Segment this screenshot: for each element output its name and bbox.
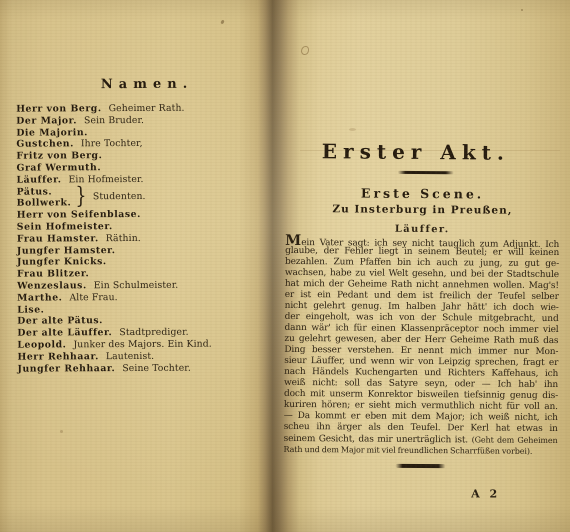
character-name: Graf Wermuth. — [16, 162, 101, 174]
character-name: Frau Hamster. — [17, 233, 99, 245]
character-role: Ein Schulmeister. — [94, 280, 179, 292]
act-heading: Erster Akt. — [286, 139, 546, 165]
character-name: Leopold. — [17, 339, 66, 351]
scene-location: Zu Insterburg in Preußen, — [285, 203, 559, 217]
character-name: Pätus. — [17, 186, 72, 198]
character-role: Seine Tochter. — [122, 362, 191, 374]
character-name: Herr von Seifenblase. — [17, 209, 141, 221]
character-name: Jungfer Hamster. — [17, 245, 116, 257]
character-name: Frau Blitzer. — [17, 268, 89, 280]
cast-row: Jungfer Rehhaar. Seine Tochter. — [18, 362, 266, 375]
character-name: Läuffer. — [17, 174, 62, 186]
character-name: Marthe. — [17, 292, 62, 304]
character-name: Sein Hofmeister. — [17, 221, 113, 233]
cast-list-top: Herr von Berg. Geheimer Rath. Der Major.… — [16, 102, 264, 186]
character-name: Der Major. — [16, 115, 77, 127]
character-name: Fritz von Berg. — [16, 150, 102, 162]
stage-direction-line: Rath und dem Major mit viel freundlichen… — [284, 444, 558, 457]
end-rule — [395, 464, 445, 468]
scene-heading: Erste Scene. — [286, 185, 560, 202]
character-name: Wenzeslaus. — [17, 280, 87, 292]
character-role: Lautenist. — [106, 351, 154, 363]
speaker-name: Läuffer. — [285, 223, 559, 236]
character-role: Ihre Tochter, — [81, 138, 143, 150]
left-page: Namen. Herr von Berg. Geheimer Rath. Der… — [0, 0, 269, 532]
body-text-lines: glaube, der Fehler liegt in seinem Beute… — [284, 246, 559, 435]
character-name: Bollwerk. — [17, 198, 72, 210]
students-group-names: Pätus. Bollwerk. — [17, 186, 72, 210]
book-photo: Namen. Herr von Berg. Geheimer Rath. Der… — [0, 0, 570, 532]
character-name: Gustchen. — [16, 139, 74, 151]
students-group-label: Studenten. — [93, 191, 146, 203]
stage-direction: (Geht dem Geheimen — [472, 435, 558, 445]
character-role: Sein Bruder. — [84, 115, 144, 127]
cast-list-bottom: Herr von Seifenblase. Sein Hofmeister. F… — [17, 208, 266, 374]
character-name: Jungfer Knicks. — [17, 257, 107, 269]
character-role: Geheimer Rath. — [109, 103, 185, 115]
character-name: Lise. — [17, 304, 44, 316]
character-name: Herr von Berg. — [16, 103, 102, 115]
brace-glyph: } — [75, 192, 86, 204]
ornament-rule — [398, 171, 454, 174]
character-role: Junker des Majors. Ein Kind. — [73, 339, 211, 352]
cast-heading: Namen. — [17, 76, 277, 92]
character-role: Stadtprediger. — [119, 327, 188, 339]
cast-list: Herr von Berg. Geheimer Rath. Der Major.… — [16, 102, 265, 375]
character-name: Der alte Pätus. — [17, 316, 103, 328]
character-name: Die Majorin. — [16, 127, 88, 139]
character-role: Räthin. — [106, 233, 141, 245]
right-page: Erster Akt. Erste Scene. Zu Insterburg i… — [283, 0, 561, 532]
students-group: Pätus. Bollwerk. } Studenten. — [17, 185, 265, 210]
character-name: Herr Rehhaar. — [17, 351, 98, 363]
character-role: Alte Frau. — [69, 292, 117, 304]
signature-mark: A 2 — [471, 487, 500, 500]
character-name: Jungfer Rehhaar. — [18, 363, 116, 375]
character-name: Der alte Läuffer. — [17, 327, 112, 339]
monologue-text: Mein Vater sagt: ich sey nicht tauglich … — [284, 235, 560, 457]
